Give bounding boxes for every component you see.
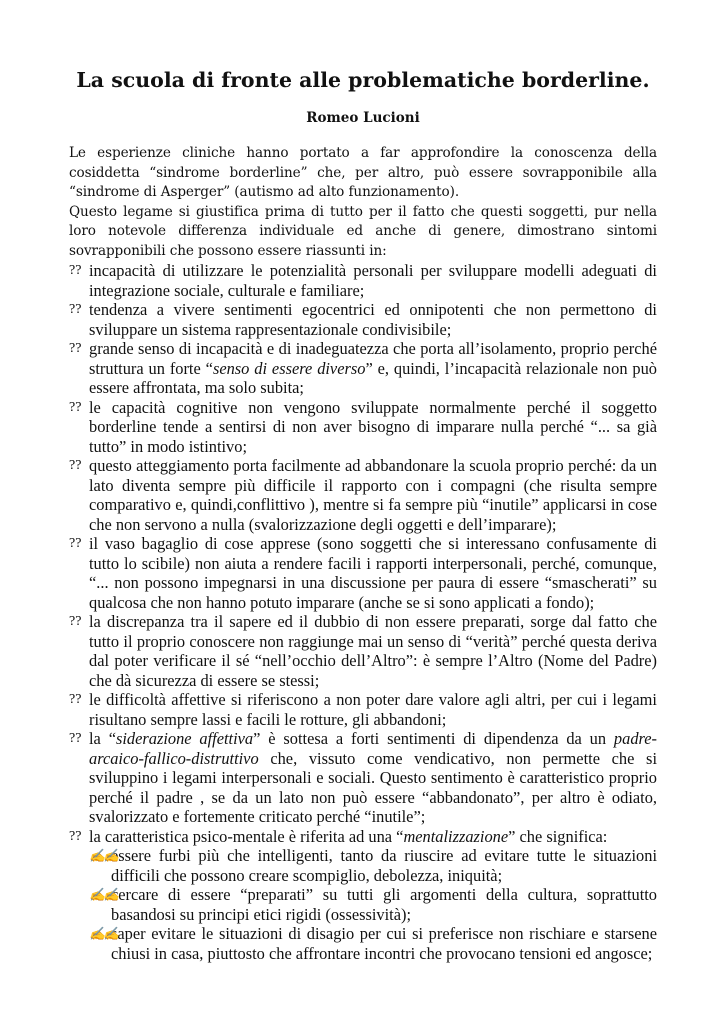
sub-list-item-text: essere furbi più che intelligenti, tanto…: [111, 846, 657, 885]
list-item: ?? le difficoltà affettive si riferiscon…: [69, 690, 657, 729]
bullet-marker-icon: ??: [69, 339, 81, 359]
intro-paragraph-1: Le esperienze cliniche hanno portato a f…: [69, 144, 657, 203]
bullet-marker-icon: ??: [69, 398, 81, 418]
document-title: La scuola di fronte alle problematiche b…: [59, 68, 667, 92]
mentalization-sublist: ✍✍ essere furbi più che intelligenti, ta…: [89, 846, 657, 963]
writing-hand-icon: ✍✍: [89, 846, 117, 866]
bullet-marker-icon: ??: [69, 690, 81, 710]
emphasis-text: senso di essere diverso: [213, 359, 366, 378]
list-item: ?? grande senso di incapacità e di inade…: [69, 339, 657, 398]
bullet-marker-icon: ??: [69, 456, 81, 476]
list-item-text: la discrepanza tra il sapere ed il dubbi…: [89, 612, 657, 690]
list-item-text: ” che significa:: [508, 827, 607, 846]
list-item-text: ” è sottesa a forti sentimenti di dipend…: [253, 729, 614, 748]
list-item-text: la “: [89, 729, 116, 748]
writing-hand-icon: ✍✍: [89, 885, 117, 905]
list-item: ?? la caratteristica psico-mentale è rif…: [69, 827, 657, 964]
list-item-text: incapacità di utilizzare le potenzialità…: [89, 261, 657, 300]
bullet-marker-icon: ??: [69, 729, 81, 749]
emphasis-text: siderazione affettiva: [116, 729, 253, 748]
list-item-text: questo atteggiamento porta facilmente ad…: [89, 456, 657, 534]
bullet-marker-icon: ??: [69, 612, 81, 632]
symptom-list: ?? incapacità di utilizzare le potenzial…: [69, 261, 657, 963]
sub-list-item: ✍✍ saper evitare le situazioni di disagi…: [89, 924, 657, 963]
list-item-text: le difficoltà affettive si riferiscono a…: [89, 690, 657, 729]
bullet-marker-icon: ??: [69, 827, 81, 847]
writing-hand-icon: ✍✍: [89, 924, 117, 944]
list-item: ?? questo atteggiamento porta facilmente…: [69, 456, 657, 534]
sub-list-item-text: saper evitare le situazioni di disagio p…: [111, 924, 657, 963]
list-item: ?? il vaso bagaglio di cose apprese (son…: [69, 534, 657, 612]
list-item: ?? la “siderazione affettiva” è sottesa …: [69, 729, 657, 827]
list-item: ?? le capacità cognitive non vengono svi…: [69, 398, 657, 457]
list-item-text: il vaso bagaglio di cose apprese (sono s…: [89, 534, 657, 612]
document-body: Le esperienze cliniche hanno portato a f…: [69, 144, 657, 963]
list-item-text: le capacità cognitive non vengono svilup…: [89, 398, 657, 456]
document-author: Romeo Lucioni: [69, 110, 657, 126]
list-item-text: la caratteristica psico-mentale è riferi…: [89, 827, 403, 846]
list-item: ?? tendenza a vivere sentimenti egocentr…: [69, 300, 657, 339]
sub-list-item-text: cercare di essere “preparati” su tutti g…: [111, 885, 657, 924]
bullet-marker-icon: ??: [69, 261, 81, 281]
sub-list-item: ✍✍ essere furbi più che intelligenti, ta…: [89, 846, 657, 885]
sub-list-item: ✍✍ cercare di essere “preparati” su tutt…: [89, 885, 657, 924]
list-item: ?? incapacità di utilizzare le potenzial…: [69, 261, 657, 300]
bullet-marker-icon: ??: [69, 300, 81, 320]
bullet-marker-icon: ??: [69, 534, 81, 554]
intro-paragraph-2: Questo legame si giustifica prima di tut…: [69, 203, 657, 262]
list-item: ?? la discrepanza tra il sapere ed il du…: [69, 612, 657, 690]
emphasis-text: mentalizzazione: [403, 827, 508, 846]
list-item-text: tendenza a vivere sentimenti egocentrici…: [89, 300, 657, 339]
